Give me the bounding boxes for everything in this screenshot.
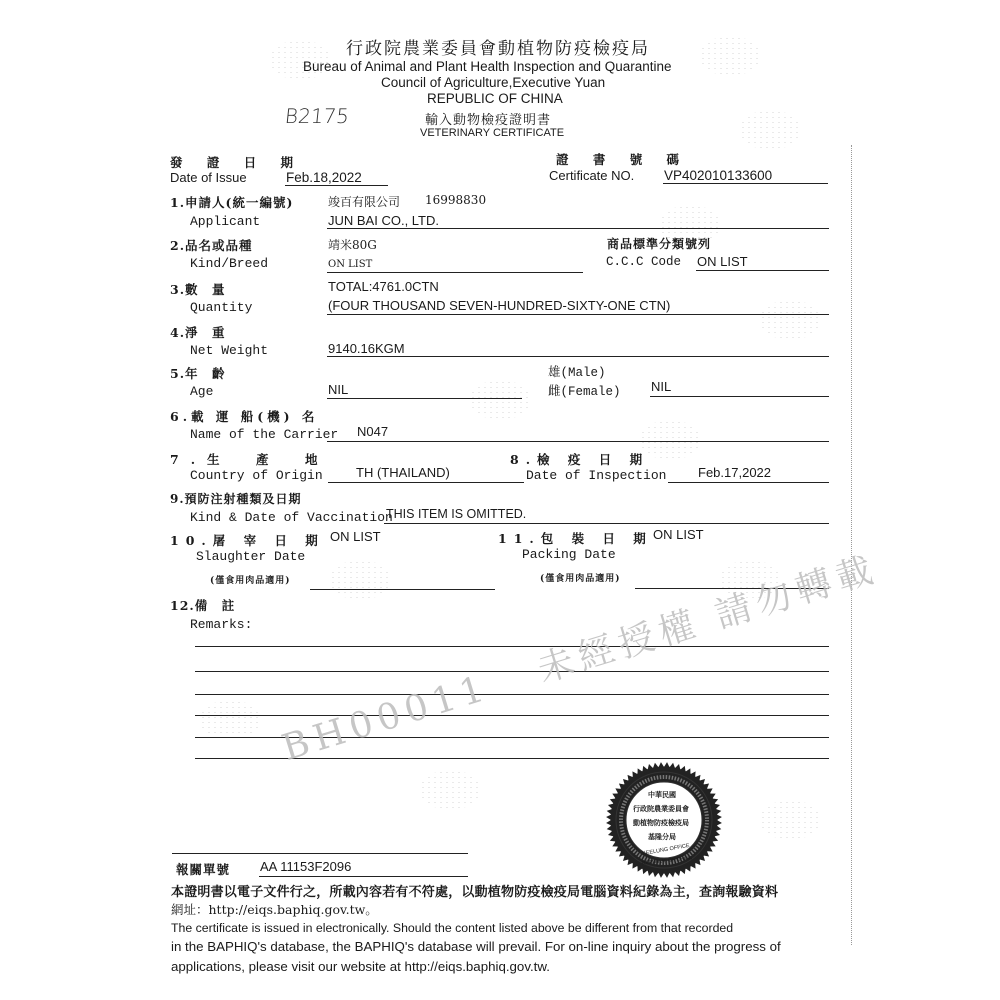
net-weight-label-en: Net Weight	[190, 343, 268, 358]
quantity-label-cn: 3.數 量	[170, 280, 226, 298]
net-weight-value: 9140.16KGM	[328, 341, 405, 356]
background-speckle	[760, 800, 820, 840]
quantity-label-en: Quantity	[190, 300, 252, 315]
vaccination-value: THIS ITEM IS OMITTED.	[386, 507, 526, 521]
carrier-value: N047	[357, 424, 388, 439]
kind-label-cn: 2.品名或品種	[170, 236, 253, 254]
veterinary-certificate-page: 行政院農業委員會動植物防疫檢疫局 Bureau of Animal and Pl…	[0, 0, 1000, 1000]
issue-date-label-en: Date of Issue	[170, 170, 247, 185]
customs-no-label: 報關單號	[176, 860, 230, 878]
remarks-label-en: Remarks:	[190, 617, 252, 632]
inspection-value: Feb.17,2022	[698, 465, 771, 480]
issue-date-value: Feb.18,2022	[286, 170, 362, 185]
carrier-underline	[327, 441, 829, 442]
vaccination-label-cn: 9.預防注射種類及日期	[170, 490, 302, 507]
inspection-underline	[668, 482, 829, 483]
origin-label-en: Country of Origin	[190, 468, 323, 483]
kind-underline	[327, 272, 583, 273]
watermark-text-cn: 未經授權 請勿轉載	[533, 548, 883, 691]
seal-line-4: 基隆分局	[648, 832, 676, 842]
applicant-label-en: Applicant	[190, 214, 260, 229]
watermark-code: BH00011	[277, 667, 494, 769]
country-title-en: REPUBLIC OF CHINA	[427, 91, 563, 106]
background-speckle	[330, 560, 390, 600]
agency-title-cn: 行政院農業委員會動植物防疫檢疫局	[346, 34, 650, 59]
carrier-label-cn: 6.載 運 船(機) 名	[170, 407, 318, 425]
agency-title-en: Bureau of Animal and Plant Health Inspec…	[303, 59, 672, 74]
ccc-code-label-en: C.C.C Code	[606, 255, 681, 269]
ccc-code-label-cn: 商品標準分類號列	[607, 235, 711, 252]
issue-date-underline	[285, 185, 388, 186]
quantity-underline	[327, 314, 829, 315]
packing-value: ON LIST	[653, 527, 704, 542]
slaughter-underline	[310, 589, 495, 590]
sex-value: NIL	[651, 379, 671, 394]
certificate-no-label-cn: 證 書 號 碼	[556, 150, 689, 168]
slaughter-value: ON LIST	[330, 529, 381, 544]
footer-note-cn-2: 網址：http://eiqs.baphiq.gov.tw。	[171, 900, 378, 918]
council-title-en: Council of Agriculture,Executive Yuan	[381, 75, 605, 90]
background-speckle	[740, 110, 800, 150]
sex-underline	[650, 396, 829, 397]
age-label-cn: 5.年 齡	[170, 364, 226, 382]
net-weight-label-cn: 4.淨 重	[170, 323, 226, 341]
age-label-en: Age	[190, 384, 213, 399]
quantity-total-value: TOTAL:4761.0CTN	[328, 279, 439, 294]
applicant-label-cn: 1.申請人(統一編號)	[170, 193, 293, 211]
certificate-no-value: VP402010133600	[664, 168, 772, 183]
slaughter-note-cn: (僅食用肉品適用)	[210, 573, 291, 586]
applicant-id-number: 16998830	[425, 193, 486, 207]
remarks-label-cn: 12.備 註	[170, 596, 235, 614]
customs-top-line	[172, 853, 468, 854]
slaughter-label-cn: 10.屠 宰 日 期	[170, 531, 325, 549]
issue-date-label-cn: 發 證 日 期	[170, 153, 303, 171]
seal-line-1: 中華民國	[648, 790, 676, 800]
kind-label-en: Kind/Breed	[190, 256, 268, 271]
packing-note-cn: (僅食用肉品適用)	[540, 571, 621, 584]
background-speckle	[420, 770, 480, 810]
certificate-no-label-en: Certificate NO.	[549, 168, 634, 183]
ccc-code-underline	[696, 270, 829, 271]
applicant-name-cn: 竣百有限公司	[328, 193, 400, 210]
inspection-label-cn: 8.檢 疫 日 期	[510, 450, 649, 468]
certificate-no-underline	[663, 183, 828, 184]
inspection-label-en: Date of Inspection	[526, 468, 666, 483]
carrier-label-en: Name of the Carrier	[190, 427, 338, 442]
vaccination-underline	[384, 523, 829, 524]
male-label: 雄(Male)	[548, 362, 606, 380]
quantity-words-value: (FOUR THOUSAND SEVEN-HUNDRED-SIXTY-ONE C…	[328, 298, 670, 313]
customs-no-value: AA 11153F2096	[260, 859, 351, 874]
footer-note-en-1: The certificate is issued in electronica…	[171, 918, 733, 938]
background-speckle	[760, 300, 820, 340]
packing-label-cn: 11.包 裝 日 期	[498, 529, 653, 547]
age-underline	[327, 398, 522, 399]
origin-label-cn: 7.生 產 地	[170, 450, 330, 468]
kind-value-en: ON LIST	[328, 259, 372, 270]
remarks-line	[195, 646, 829, 647]
ccc-code-value: ON LIST	[697, 254, 748, 269]
net-weight-underline	[327, 356, 829, 357]
certificate-title-cn: 輸入動物檢疫證明書	[425, 109, 551, 128]
packing-label-en: Packing Date	[522, 547, 616, 562]
female-label: 雌(Female)	[548, 381, 621, 399]
seal-line-2: 行政院農業委員會	[633, 804, 689, 814]
origin-value: TH (THAILAND)	[356, 465, 450, 480]
seal-line-3: 動植物防疫檢疫局	[633, 818, 689, 828]
applicant-underline	[327, 228, 829, 229]
footer-note-en-2: in the BAPHIQ's database, the BAPHIQ's d…	[171, 937, 781, 957]
official-seal: 中華民國 行政院農業委員會 動植物防疫檢疫局 基隆分局 KEELUNG OFFI…	[604, 760, 724, 880]
vaccination-label-en: Kind & Date of Vaccination	[190, 510, 393, 525]
origin-underline	[328, 482, 524, 483]
background-speckle	[200, 700, 260, 740]
applicant-name-en: JUN BAI CO., LTD.	[328, 213, 439, 228]
footer-note-cn-1: 本證明書以電子文件行之，所載內容若有不符處，以動植物防疫檢疫局電腦資料紀錄為主，…	[171, 881, 778, 900]
age-value: NIL	[328, 382, 348, 397]
footer-note-en-3: applications, please visit our website a…	[171, 957, 550, 977]
handwritten-mark: B2175	[284, 104, 351, 128]
background-speckle	[700, 36, 760, 76]
certificate-title-en: VETERINARY CERTIFICATE	[420, 127, 564, 139]
slaughter-label-en: Slaughter Date	[196, 549, 305, 564]
background-speckle	[470, 380, 530, 420]
kind-value-cn: 靖米80G	[328, 236, 377, 253]
remarks-line	[195, 715, 829, 716]
customs-underline	[259, 876, 468, 877]
